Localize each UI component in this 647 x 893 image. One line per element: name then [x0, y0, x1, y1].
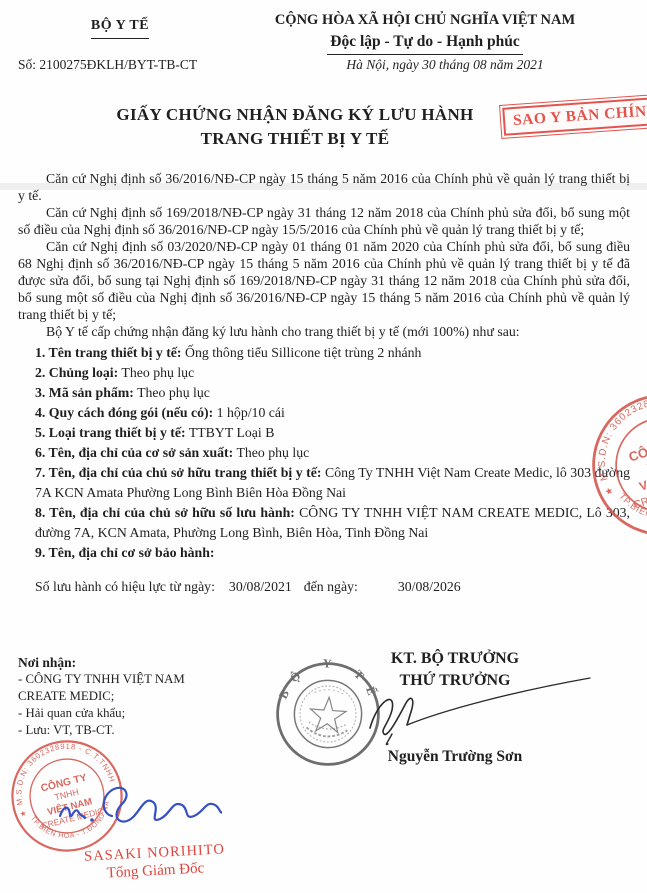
validity-prefix: Số lưu hành có hiệu lực từ ngày: [35, 579, 215, 594]
document-number-label: Số: [18, 57, 36, 72]
issuing-ministry-block: BỘ Y TẾ [60, 18, 180, 39]
national-header-block: CỘNG HÒA XÃ HỘI CHỦ NGHĨA VIỆT NAM Độc l… [260, 12, 590, 55]
item-device-class: 5. Loại trang thiết bị y tế: TTBYT Loại … [18, 423, 630, 443]
validity-to-date: 30/08/2026 [398, 579, 461, 594]
company-seal-star: ★ [19, 808, 28, 818]
signer-name: Nguyễn Trường Sơn [330, 748, 580, 766]
document-footer: Nơi nhận: - CÔNG TY TNHH VIỆT NAM CREATE… [0, 648, 647, 893]
national-title: CỘNG HÒA XÃ HỘI CHỦ NGHĨA VIỆT NAM [260, 12, 590, 29]
item-license-owner: 8. Tên, địa chỉ của chủ sở hữu số lưu hà… [18, 503, 630, 543]
motto-underline [327, 54, 523, 55]
preamble-paragraph: Căn cứ Nghị định số 03/2020/NĐ-CP ngày 0… [18, 238, 630, 323]
ministry-underline [91, 38, 149, 39]
item-device-name: 1. Tên trang thiết bị y tế: Ống thông ti… [18, 343, 630, 363]
svg-text:VIỆT NAM: VIỆT NAM [637, 462, 647, 494]
recipient-line: - Hải quan cửa khẩu; [18, 705, 185, 722]
place-and-date: Hà Nội, ngày 30 tháng 08 năm 2021 [325, 57, 565, 73]
document-body: Căn cứ Nghị định số 36/2016/NĐ-CP ngày 1… [18, 170, 630, 597]
signature-graphic [360, 670, 598, 746]
recipients-label: Nơi nhận: [18, 654, 185, 671]
validity-mid-label: đến ngày: [304, 579, 358, 594]
item-category: 2. Chủng loại: Theo phụ lục [18, 363, 630, 383]
director-signature [52, 776, 222, 838]
ministry-name: BỘ Y TẾ [60, 18, 180, 34]
certificate-page: BỘ Y TẾ CỘNG HÒA XÃ HỘI CHỦ NGHĨA VIỆT N… [0, 0, 647, 893]
item-product-code: 3. Mã sản phẩm: Theo phụ lục [18, 383, 630, 403]
item-packaging: 4. Quy cách đóng gói (nếu có): 1 hộp/10 … [18, 403, 630, 423]
preamble-paragraph: Căn cứ Nghị định số 36/2016/NĐ-CP ngày 1… [18, 170, 630, 204]
director-signature-graphic [52, 776, 222, 838]
item-device-owner: 7. Tên, địa chỉ của chủ sở hữu trang thi… [18, 463, 630, 503]
document-number: Số: 2100275ĐKLH/BYT-TB-CT [18, 57, 197, 73]
recipient-line: - CÔNG TY TNHH VIỆT NAM [18, 671, 185, 688]
preamble-paragraph: Căn cứ Nghị định số 169/2018/NĐ-CP ngày … [18, 204, 630, 238]
deputy-minister-signature [360, 670, 598, 746]
document-title: GIẤY CHỨNG NHẬN ĐĂNG KÝ LƯU HÀNH TRANG T… [60, 103, 530, 151]
preamble-paragraph: Bộ Y tế cấp chứng nhận đăng ký lưu hành … [18, 323, 630, 340]
national-motto: Độc lập - Tự do - Hạnh phúc [260, 33, 590, 51]
recipient-line: CREATE MEDIC; [18, 688, 185, 705]
title-line-2: TRANG THIẾT BỊ Y TẾ [60, 127, 530, 151]
registration-items: 1. Tên trang thiết bị y tế: Ống thông ti… [18, 343, 630, 563]
document-number-value: 2100275ĐKLH/BYT-TB-CT [39, 57, 197, 72]
svg-text:CÔNG TY: CÔNG TY [627, 432, 647, 465]
company-seal-star: ★ [603, 485, 614, 497]
validity-line: Số lưu hành có hiệu lực từ ngày:30/08/20… [18, 577, 630, 597]
validity-from-date: 30/08/2021 [229, 579, 292, 594]
item-manufacturer: 6. Tên, địa chỉ của cơ sở sản xuất: Theo… [18, 443, 630, 463]
title-line-1: GIẤY CHỨNG NHẬN ĐĂNG KÝ LƯU HÀNH [60, 103, 530, 127]
item-warranty-facility: 9. Tên, địa chỉ cơ sở bảo hành: [18, 543, 630, 563]
